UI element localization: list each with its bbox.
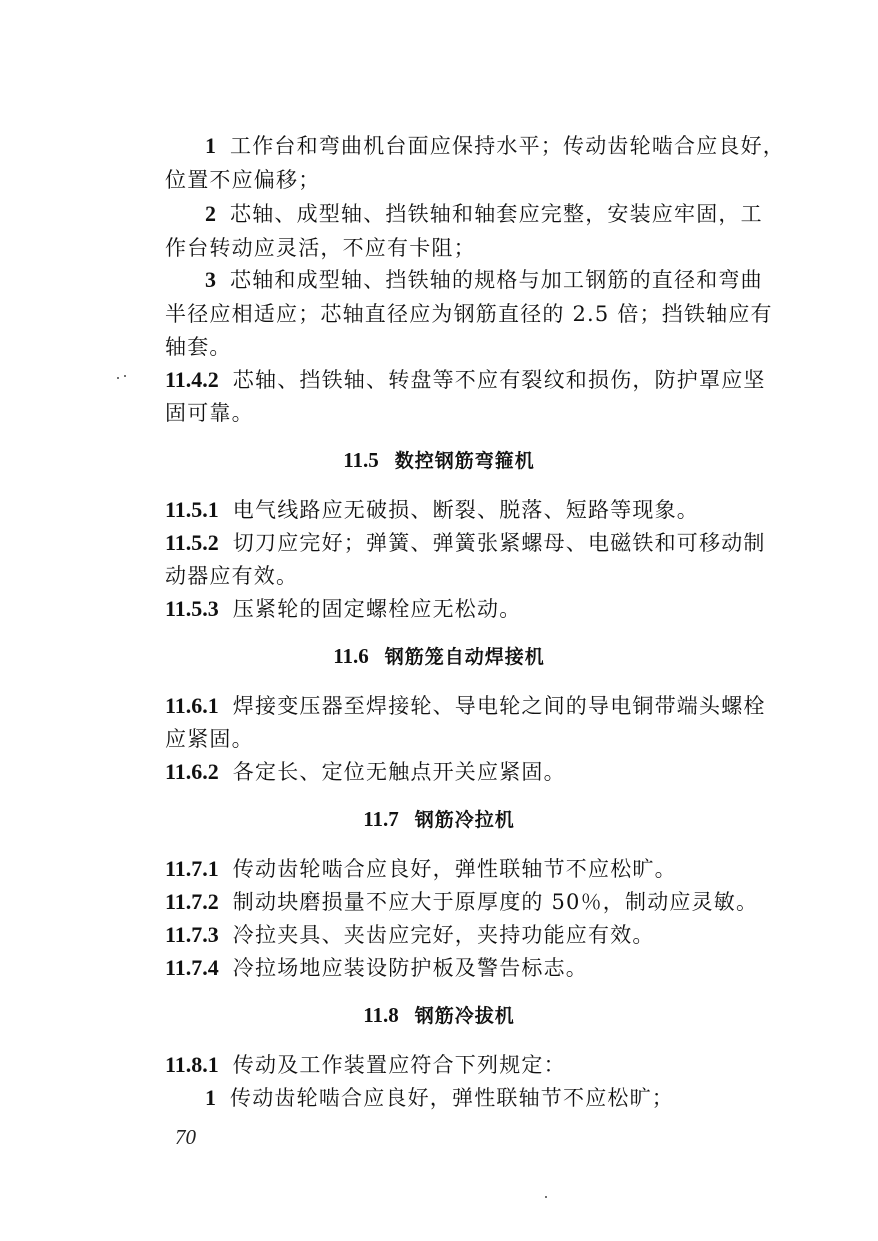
section-heading: 11.5数控钢筋弯箍机 xyxy=(0,445,878,476)
continuation-line: 轴套。 xyxy=(165,331,232,363)
page-number: 70 xyxy=(175,1125,196,1150)
clause-number: 11.7.2 xyxy=(165,889,219,914)
section-number: 11.5 xyxy=(343,448,379,472)
clause-number: 11.7.1 xyxy=(165,856,219,881)
continuation-line: 固可靠。 xyxy=(165,397,254,429)
body-text: 制动块磨损量不应大于原厚度的 50％，制动应灵敏。 xyxy=(233,890,758,914)
continuation-line: 半径应相适应；芯轴直径应为钢筋直径的 2.5 倍；挡铁轴应有 xyxy=(165,298,773,330)
scan-speck xyxy=(117,377,119,379)
section-title: 钢筋冷拔机 xyxy=(415,1005,515,1027)
section-title: 钢筋冷拉机 xyxy=(415,809,515,831)
body-text: 冷拉场地应装设防护板及警告标志。 xyxy=(233,956,588,980)
continuation-line: 应紧固。 xyxy=(165,723,254,755)
clause-number: 11.7.3 xyxy=(165,922,219,947)
clause-line: 11.4.2芯轴、挡铁轴、转盘等不应有裂纹和损伤，防护罩应坚 xyxy=(165,364,766,396)
section-heading: 11.8钢筋冷拔机 xyxy=(0,1000,878,1031)
body-text: 压紧轮的固定螺栓应无松动。 xyxy=(233,597,522,621)
body-text: 芯轴和成型轴、挡铁轴的规格与加工钢筋的直径和弯曲 xyxy=(230,268,763,292)
section-heading: 11.6钢筋笼自动焊接机 xyxy=(0,641,878,672)
list-item-line: 1工作台和弯曲机台面应保持水平；传动齿轮啮合应良好， xyxy=(205,130,785,162)
body-text: 工作台和弯曲机台面应保持水平；传动齿轮啮合应良好， xyxy=(230,134,785,158)
clause-line: 11.7.2制动块磨损量不应大于原厚度的 50％，制动应灵敏。 xyxy=(165,886,758,918)
clause-number: 11.5.1 xyxy=(165,497,219,522)
body-text: 作台转动应灵活，不应有卡阻； xyxy=(165,236,476,260)
clause-number: 11.6.2 xyxy=(165,759,219,784)
list-item-line: 3芯轴和成型轴、挡铁轴的规格与加工钢筋的直径和弯曲 xyxy=(205,264,763,296)
clause-number: 11.8.1 xyxy=(165,1052,219,1077)
clause-number: 11.4.2 xyxy=(165,367,219,392)
clause-number: 11.5.3 xyxy=(165,596,219,621)
clause-number: 11.6.1 xyxy=(165,693,219,718)
body-text: 芯轴、挡铁轴、转盘等不应有裂纹和损伤，防护罩应坚 xyxy=(233,368,766,392)
section-title: 数控钢筋弯箍机 xyxy=(395,450,535,472)
body-text: 焊接变压器至焊接轮、导电轮之间的导电铜带端头螺栓 xyxy=(233,694,766,718)
body-text: 冷拉夹具、夹齿应完好，夹持功能应有效。 xyxy=(233,923,655,947)
clause-line: 11.6.1焊接变压器至焊接轮、导电轮之间的导电铜带端头螺栓 xyxy=(165,690,766,722)
item-number: 2 xyxy=(205,201,216,226)
continuation-line: 动器应有效。 xyxy=(165,560,298,592)
scan-speck xyxy=(545,1196,547,1198)
scan-speck xyxy=(124,375,126,377)
clause-line: 11.5.2切刀应完好；弹簧、弹簧张紧螺母、电磁铁和可移动制 xyxy=(165,527,766,559)
body-text: 半径应相适应；芯轴直径应为钢筋直径的 2.5 倍；挡铁轴应有 xyxy=(165,302,773,326)
body-text: 轴套。 xyxy=(165,335,232,359)
section-title: 钢筋笼自动焊接机 xyxy=(385,646,545,668)
item-number: 1 xyxy=(205,1085,216,1110)
continuation-line: 作台转动应灵活，不应有卡阻； xyxy=(165,232,476,264)
body-text: 切刀应完好；弹簧、弹簧张紧螺母、电磁铁和可移动制 xyxy=(233,531,766,555)
section-number: 11.7 xyxy=(363,807,399,831)
continuation-line: 位置不应偏移； xyxy=(165,164,320,196)
clause-line: 11.5.3压紧轮的固定螺栓应无松动。 xyxy=(165,593,521,625)
body-text: 传动齿轮啮合应良好，弹性联轴节不应松旷。 xyxy=(233,857,677,881)
body-text: 芯轴、成型轴、挡铁轴和轴套应完整，安装应牢固，工 xyxy=(230,202,763,226)
clause-line: 11.6.2各定长、定位无触点开关应紧固。 xyxy=(165,756,566,788)
body-text: 传动及工作装置应符合下列规定： xyxy=(233,1053,566,1077)
body-text: 各定长、定位无触点开关应紧固。 xyxy=(233,760,566,784)
body-text: 固可靠。 xyxy=(165,401,254,425)
body-text: 传动齿轮啮合应良好，弹性联轴节不应松旷； xyxy=(230,1086,674,1110)
section-heading: 11.7钢筋冷拉机 xyxy=(0,804,878,835)
clause-line: 11.7.4冷拉场地应装设防护板及警告标志。 xyxy=(165,952,588,984)
list-item-line: 1传动齿轮啮合应良好，弹性联轴节不应松旷； xyxy=(205,1082,674,1114)
list-item-line: 2芯轴、成型轴、挡铁轴和轴套应完整，安装应牢固，工 xyxy=(205,198,763,230)
clause-number: 11.5.2 xyxy=(165,530,219,555)
clause-line: 11.7.1传动齿轮啮合应良好，弹性联轴节不应松旷。 xyxy=(165,853,677,885)
body-text: 电气线路应无破损、断裂、脱落、短路等现象。 xyxy=(233,498,699,522)
body-text: 动器应有效。 xyxy=(165,564,298,588)
item-number: 1 xyxy=(205,133,216,158)
body-text: 应紧固。 xyxy=(165,727,254,751)
clause-line: 11.5.1电气线路应无破损、断裂、脱落、短路等现象。 xyxy=(165,494,699,526)
clause-line: 11.7.3冷拉夹具、夹齿应完好，夹持功能应有效。 xyxy=(165,919,655,951)
section-number: 11.8 xyxy=(363,1003,399,1027)
section-number: 11.6 xyxy=(333,644,369,668)
item-number: 3 xyxy=(205,267,216,292)
clause-number: 11.7.4 xyxy=(165,955,219,980)
clause-line: 11.8.1传动及工作装置应符合下列规定： xyxy=(165,1049,566,1081)
body-text: 位置不应偏移； xyxy=(165,168,320,192)
